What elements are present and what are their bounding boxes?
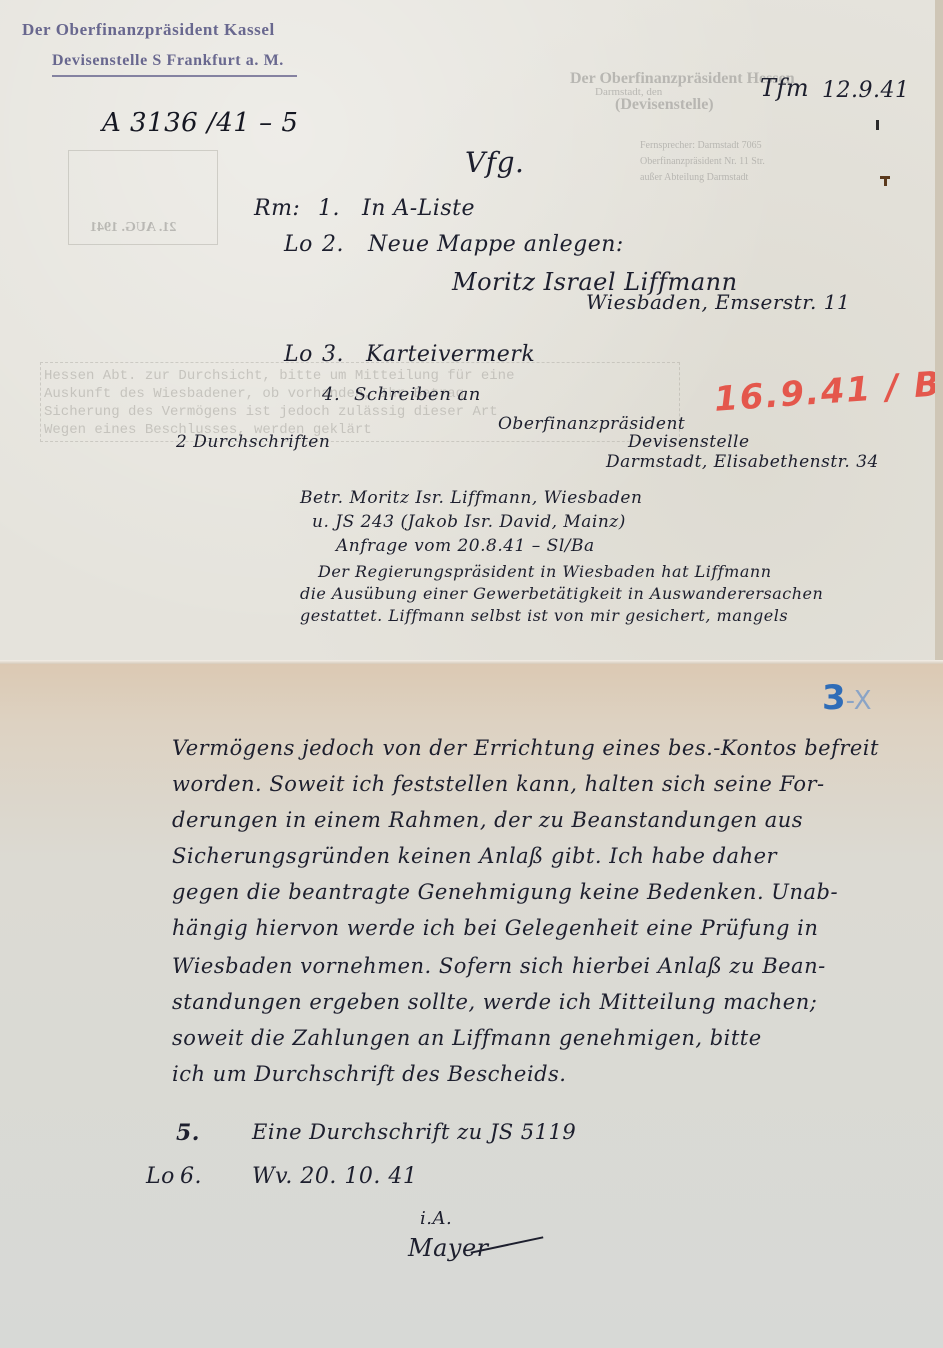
document-sheet-2: 3-X Vermögens jedoch von der Errichtung … bbox=[0, 664, 943, 1348]
item-6-number: 6. bbox=[180, 1164, 202, 1189]
item-4-number: 4. bbox=[322, 384, 340, 405]
body-top-line-1: Der Regierungspräsident in Wiesbaden hat… bbox=[318, 562, 772, 581]
reference-anfrage: Anfrage vom 20.8.41 – Sl/Ba bbox=[336, 536, 595, 556]
recipient-line-1: Oberfinanzpräsident bbox=[498, 414, 685, 434]
faint-typed-line-1: Hessen Abt. zur Durchsicht, bitte um Mit… bbox=[44, 368, 514, 384]
item-6-prefix: Lo bbox=[146, 1164, 175, 1189]
item-5-number: 5. bbox=[176, 1120, 200, 1146]
faint-letterhead-4: Oberfinanzpräsident Nr. 11 Str. bbox=[640, 156, 765, 167]
faint-date-stamp: 21. AUG. 1941 bbox=[90, 220, 176, 236]
sheet-right-edge bbox=[935, 0, 943, 664]
document-sheet-1: Der Oberfinanzpräsident Hessen (Devisens… bbox=[0, 0, 943, 664]
body-line-10: ich um Durchschrift des Bescheids. bbox=[172, 1062, 566, 1086]
body-line-7: Wiesbaden vornehmen. Sofern sich hierbei… bbox=[172, 954, 826, 978]
header-mark-vfg: Vfg. bbox=[465, 146, 524, 179]
stamp-line-1: Der Oberfinanzpräsident Kassel bbox=[22, 20, 275, 40]
reference-file: u. JS 243 (Jakob Isr. David, Mainz) bbox=[312, 512, 626, 532]
item-1-number: 1. bbox=[318, 196, 340, 221]
item-2-prefix: Lo bbox=[284, 232, 313, 257]
item-3-prefix: Lo bbox=[284, 342, 313, 367]
item-1-text: In A-Liste bbox=[362, 196, 475, 221]
item-1-prefix: Rm: bbox=[254, 196, 300, 221]
top-right-date: 12.9.41 bbox=[822, 78, 909, 103]
file-number: A 3136 /41 – 5 bbox=[102, 108, 298, 138]
body-top-line-2: die Ausübung einer Gewerbetätigkeit in A… bbox=[300, 584, 823, 603]
body-top-line-3: gestattet. Liffmann selbst ist von mir g… bbox=[300, 606, 788, 625]
body-line-1: Vermögens jedoch von der Errichtung eine… bbox=[172, 736, 879, 760]
body-line-6: hängig hiervon werde ich bei Gelegenheit… bbox=[172, 916, 818, 940]
body-line-9: soweit die Zahlungen an Liffmann genehmi… bbox=[172, 1026, 762, 1050]
blue-page-number: 3 bbox=[822, 678, 846, 718]
recipient-line-3: Darmstadt, Elisabethenstr. 34 bbox=[606, 452, 879, 472]
reference-betr: Betr. Moritz Isr. Liffmann, Wiesbaden bbox=[300, 488, 642, 508]
copies-note: 2 Durchschriften bbox=[176, 432, 330, 452]
signature-name: Mayer bbox=[408, 1234, 489, 1262]
faint-letterhead-5: außer Abteilung Darmstadt bbox=[640, 172, 748, 183]
body-line-8: standungen ergeben sollte, werde ich Mit… bbox=[172, 990, 817, 1014]
stamp-underline bbox=[52, 75, 297, 77]
item-2-text: Neue Mappe anlegen: bbox=[368, 232, 624, 257]
top-right-initials: Tfm bbox=[760, 74, 809, 102]
faint-typed-line-3: Sicherung des Vermögens ist jedoch zuläs… bbox=[44, 404, 498, 420]
item-3-text: Karteivermerk bbox=[366, 342, 535, 367]
signature-abbrev: i.A. bbox=[420, 1208, 452, 1229]
red-date-mark: 16.9.41 / B bbox=[713, 364, 943, 420]
blue-page-mark: 3-X bbox=[822, 678, 872, 718]
stamp-line-2: Devisenstelle S Frankfurt a. M. bbox=[52, 52, 284, 70]
faint-letterhead-2: (Devisenstelle) bbox=[615, 96, 714, 114]
margin-tick-3 bbox=[884, 176, 887, 186]
body-line-5: gegen die beantragte Genehmigung keine B… bbox=[172, 880, 838, 904]
faint-left-mid: Darmstadt, den bbox=[595, 86, 662, 98]
item-4-text: Schreiben an bbox=[354, 384, 481, 405]
faint-letterhead-3: Fernsprecher: Darmstadt 7065 bbox=[640, 140, 762, 151]
blue-page-suffix: -X bbox=[846, 686, 872, 716]
item-3-number: 3. bbox=[322, 342, 344, 367]
item-6-text: Wv. 20. 10. 41 bbox=[252, 1164, 417, 1189]
item-2-address: Wiesbaden, Emserstr. 11 bbox=[586, 290, 850, 314]
body-line-4: Sicherungsgründen keinen Anlaß gibt. Ich… bbox=[172, 844, 777, 868]
margin-tick-1 bbox=[876, 120, 879, 130]
body-line-2: worden. Soweit ich feststellen kann, hal… bbox=[172, 772, 825, 796]
recipient-line-2: Devisenstelle bbox=[628, 432, 750, 452]
item-5-text: Eine Durchschrift zu JS 5119 bbox=[252, 1120, 576, 1144]
item-2-number: 2. bbox=[322, 232, 344, 257]
body-line-3: derungen in einem Rahmen, der zu Beansta… bbox=[172, 808, 803, 832]
